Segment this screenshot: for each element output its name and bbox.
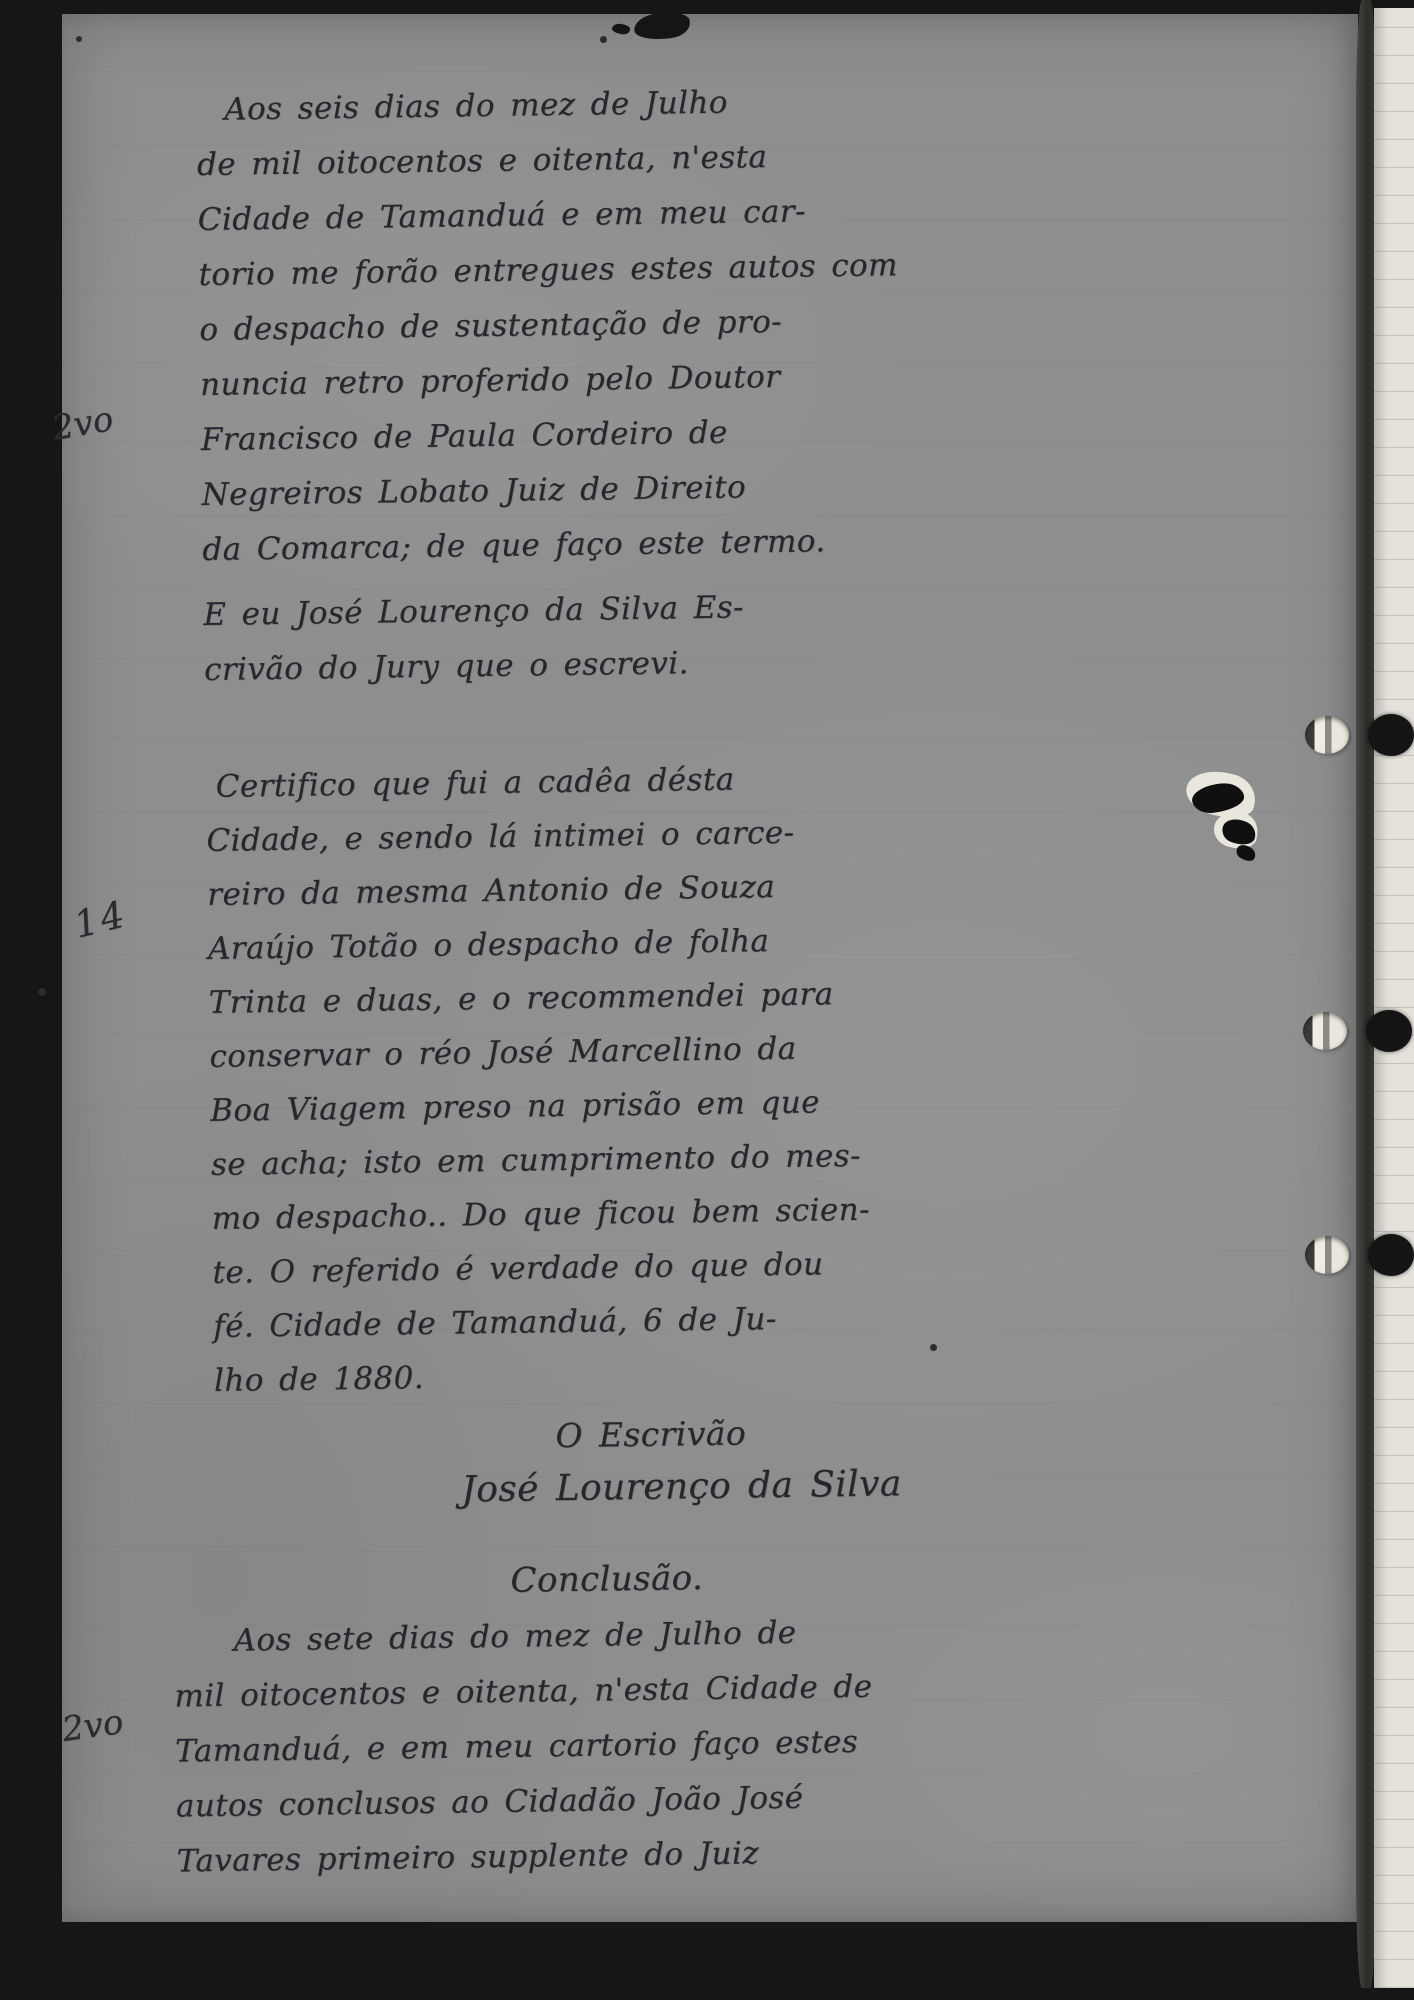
punch-hole xyxy=(1305,716,1349,754)
conclusao-paragraph: Aos sete dias do mez de Julho de mil oit… xyxy=(173,1613,961,1899)
manuscript-line: Aos seis dias do mez de Julho xyxy=(196,82,937,147)
manuscript-line: torio me forão entregues estes autos com xyxy=(198,247,939,312)
manuscript-line: da Comarca; de que faço este termo. xyxy=(202,522,943,587)
page-edge-shadow xyxy=(1356,0,1376,1988)
scanned-document: 2vo 14 2vo Aos seis dias do mez de Julho… xyxy=(0,0,1414,2000)
manuscript-line: lho de 1880. xyxy=(214,1353,955,1417)
manuscript-line: crivão do Jury que o escrevi. xyxy=(204,642,945,707)
adjacent-page-edge xyxy=(1374,8,1414,1988)
manuscript-line: de mil oitocentos e oitenta, n'esta xyxy=(197,137,938,202)
ink-speck xyxy=(600,36,607,43)
manuscript-line: Tavares primeiro supplente do Juiz xyxy=(176,1832,961,1898)
certificate-paragraph: Certifico que fui a cadêa désta Cidade, … xyxy=(205,759,954,1417)
signature-name: José Lourenço da Silva xyxy=(311,1461,1052,1531)
manuscript-line: Cidade de Tamanduá e em meu car- xyxy=(198,192,939,257)
ink-speck xyxy=(76,36,82,42)
manuscript-line: Negreiros Lobato Juiz de Direito xyxy=(201,467,942,532)
next-page-punch-hole xyxy=(1368,714,1414,756)
manuscript-line: E eu José Lourenço da Silva Es- xyxy=(203,587,944,652)
next-page-punch-hole xyxy=(1368,1234,1414,1276)
manuscript-text: Aos seis dias do mez de Julho de mil oit… xyxy=(196,82,961,1898)
margin-annotation: 2vo xyxy=(60,1702,126,1750)
manuscript-line: nuncia retro proferido pelo Doutor xyxy=(200,357,941,422)
conclusao-heading: Conclusão. xyxy=(237,1554,978,1622)
entry-term-paragraph: Aos seis dias do mez de Julho de mil oit… xyxy=(196,82,945,707)
punch-hole xyxy=(1303,1012,1347,1050)
next-page-punch-hole xyxy=(1366,1010,1412,1052)
manuscript-line: o despacho de sustentação de pro- xyxy=(199,302,940,367)
punch-hole xyxy=(1305,1236,1349,1274)
manuscript-line: Francisco de Paula Cordeiro de xyxy=(201,412,942,477)
ink-speck xyxy=(38,988,46,996)
